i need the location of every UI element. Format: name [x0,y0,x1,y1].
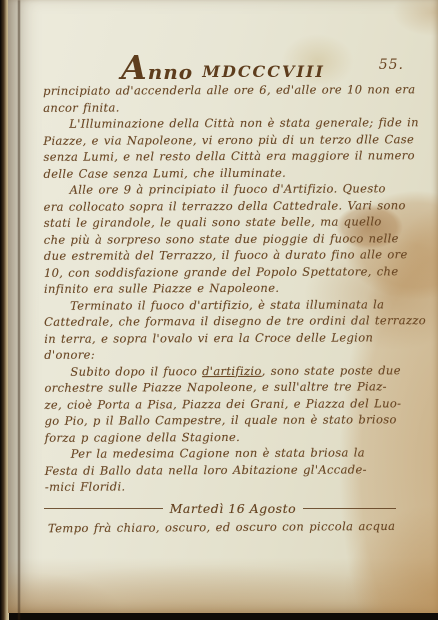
manuscript-line: L'Illuminazione della Città non è stata … [43,114,421,132]
manuscript-line: Festa di Ballo data nella loro Abitazion… [45,461,423,479]
manuscript-line: forza p cagione della Stagione. [45,428,423,446]
date-heading: Martedì 16 Agosto [170,501,297,516]
manuscript-line: Terminato il fuoco d'artifizio, è stata … [44,296,422,314]
manuscript-photo: Anno MDCCCVIII 55. principiato ad'accend… [0,0,438,620]
manuscript-line: senza Lumi, e nel resto della Città era … [43,147,421,165]
manuscript-line: Cattedrale, che formava il disegno de tr… [44,312,422,330]
year-title-numeral: MDCCCVIII [202,62,325,81]
manuscript-line: 10, con soddisfazione grande del Popolo … [44,263,422,281]
manuscript-line: era collocato sopra il terrazzo della Ca… [44,197,422,215]
manuscript-line: ancor finita. [43,98,421,116]
year-title-word: Anno [121,48,193,87]
underlined-phrase: d'artifizio [202,363,262,377]
weather-line: Tempo frà chiaro, oscuro, ed oscuro con … [48,519,418,536]
manuscript-line: ze, cioè Porta a Pisa, Piazza dei Grani,… [44,395,422,413]
manuscript-line: delle Case senza Lumi, che illuminate. [43,164,421,182]
manuscript-line: che più à sorpreso sono state due pioggi… [44,230,422,248]
manuscript-line: Alle ore 9 à principiato il fuoco d'Arti… [44,180,422,198]
manuscript-line: principiato ad'accenderla alle ore 6, ed… [43,81,421,99]
date-rule-left [44,508,163,509]
manuscript-line: Piazze, e via Napoleone, vi erono più di… [43,131,421,149]
page-content: Anno MDCCCVIII 55. principiato ad'accend… [8,0,438,613]
date-heading-row: Martedì 16 Agosto [44,501,396,516]
manuscript-line: -mici Floridi. [45,477,423,495]
manuscript-line: infinito era sulle Piazze e Napoleone. [44,279,422,297]
manuscript-line: due estremità del Terrazzo, il fuoco à d… [44,246,422,264]
manuscript-line: Subito dopo il fuoco d'artifizio, sono s… [44,362,422,380]
manuscript-line: in terra, e sopra l'ovalo vi era la Croc… [44,329,422,347]
manuscript-lines: principiato ad'accenderla alle ore 6, ed… [43,81,423,495]
manuscript-line: go Pio, p il Ballo Campestre, il quale n… [45,411,423,429]
manuscript-line: Per la medesima Cagione non è stata brio… [45,444,423,462]
manuscript-page: Anno MDCCCVIII 55. principiato ad'accend… [8,0,438,613]
manuscript-line: orchestre sulle Piazze Napoleone, e sull… [44,378,422,396]
page-number: 55. [379,57,404,73]
manuscript-line: stati le girandole, le quali sono state … [44,213,422,231]
date-rule-right [303,508,396,509]
manuscript-line: d'onore: [44,345,422,363]
